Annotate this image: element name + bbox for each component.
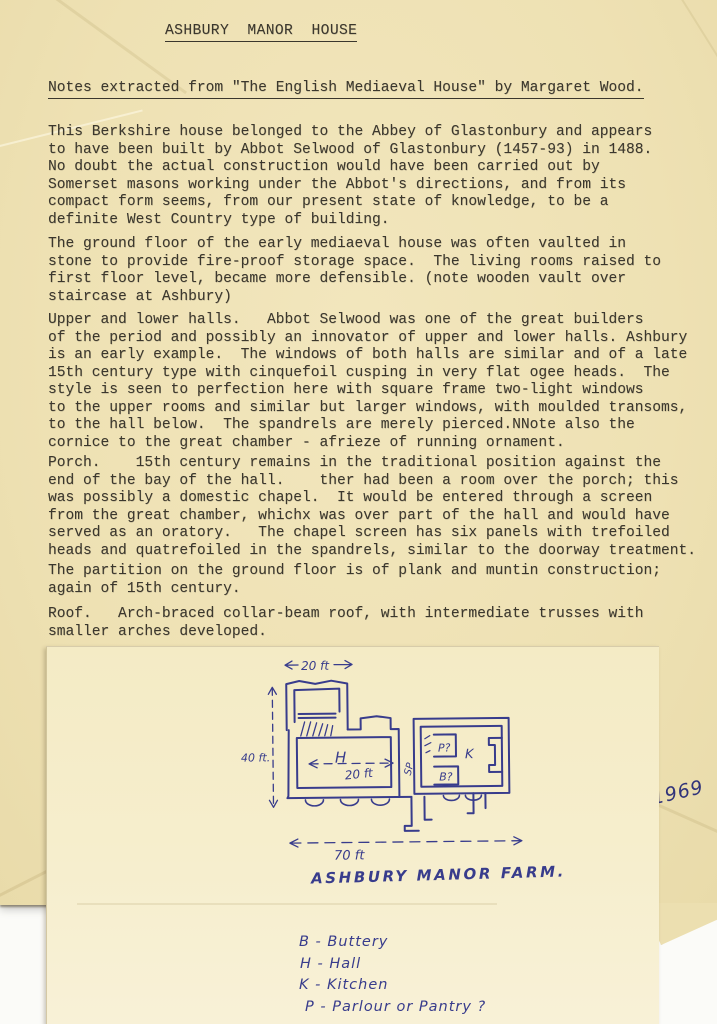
source-citation: Notes extracted from "The English Mediae… [48, 80, 644, 99]
dim-left-label: 40 ft. [241, 751, 270, 764]
page-title: ASHBURY MANOR HOUSE [165, 23, 357, 42]
legend-item-kitchen: K - Kitchen [299, 977, 486, 999]
buttery-label: B? [439, 770, 453, 783]
plan-stair-hatch [301, 722, 333, 736]
dim-left [268, 687, 277, 807]
paper-crease [667, 0, 717, 122]
paragraph-ground-floor: The ground floor of the early mediaeval … [48, 236, 710, 306]
paper-crease [77, 903, 497, 905]
paragraph-halls: Upper and lower halls. Abbot Selwood was… [48, 312, 710, 452]
paragraph-porch: Porch. 15th century remains in the tradi… [48, 455, 710, 560]
plan-hall-bays [305, 799, 389, 806]
dim-top-label: 20 ft [301, 659, 330, 673]
dim-hall [309, 759, 393, 768]
plan-wing-stub [467, 793, 485, 813]
dim-hall-label: 20 ft [344, 766, 375, 783]
plan-fireplace [489, 738, 502, 772]
drawing-sheet: 20 ft 40 ft. 20 ft 70 ft H K P? B? SP AS… [46, 646, 659, 1024]
plan-caption: ASHBURY MANOR FARM. [311, 862, 566, 887]
legend-item-parlour: P - Parlour or Pantry ? [299, 999, 486, 1021]
paper-corner-flap [652, 903, 717, 945]
paragraph-partition: The partition on the ground floor is of … [48, 563, 710, 598]
plan-south-porch [404, 797, 431, 831]
paragraph-roof: Roof. Arch-braced collar-beam roof, with… [48, 606, 710, 641]
plan-wing-bays [443, 795, 481, 800]
legend-item-buttery: B - Buttery [299, 934, 486, 956]
floor-plan-sketch: 20 ft 40 ft. 20 ft 70 ft H K P? B? SP [47, 647, 659, 863]
plan-tick-marks [425, 736, 431, 753]
legend-item-hall: H - Hall [299, 956, 486, 978]
dim-total-label: 70 ft [334, 848, 365, 863]
paragraph-history: This Berkshire house belonged to the Abb… [48, 124, 710, 229]
parlour-label: P? [438, 741, 451, 754]
kitchen-label: K [465, 747, 475, 762]
plan-stair-bar [299, 714, 336, 718]
dim-total [290, 837, 522, 847]
plan-legend: B - Buttery H - Hall K - Kitchen P - Par… [299, 934, 486, 1020]
hall-label: H [335, 749, 346, 767]
